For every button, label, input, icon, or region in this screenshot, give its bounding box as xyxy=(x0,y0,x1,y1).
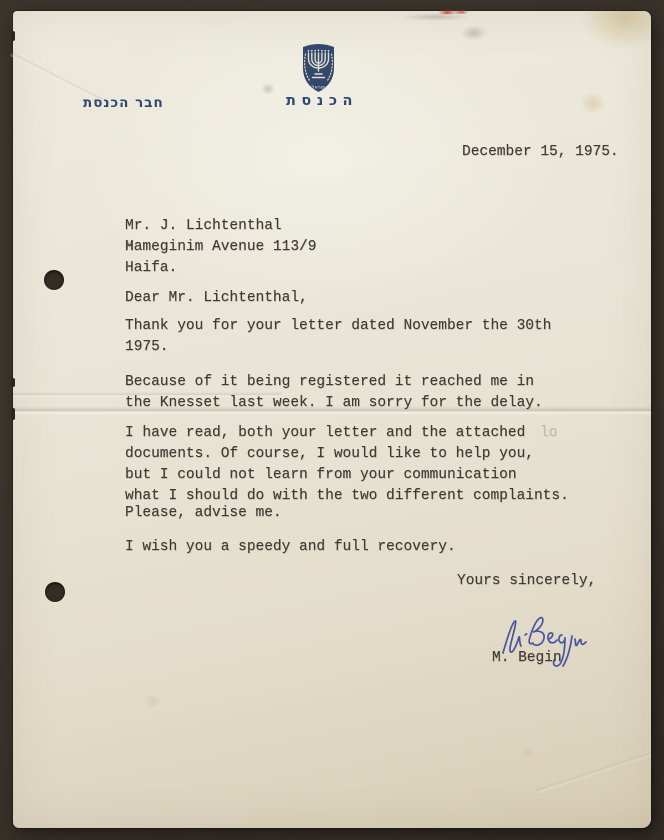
israel-state-emblem-icon: ישראל xyxy=(300,40,337,93)
paragraph-5: I wish you a speedy and full recovery. xyxy=(125,537,456,558)
punch-hole-top xyxy=(44,270,64,290)
typed-signature-name: M. Begin xyxy=(492,648,562,669)
edge-nick xyxy=(11,378,15,387)
date-line: December 15, 1975. xyxy=(462,142,619,163)
paragraph-2: Because of it being registered it reache… xyxy=(125,372,543,414)
recipient-name: Mr. J. Lichtenthal xyxy=(125,216,316,237)
body-line: Because of it being registered it reache… xyxy=(125,372,543,393)
body-line: 1975. xyxy=(125,337,551,358)
bottom-crease xyxy=(535,753,650,794)
edge-nick xyxy=(11,31,15,41)
punch-hole-bottom xyxy=(45,582,65,602)
paragraph-3: I have read, both your letter and the at… xyxy=(125,423,569,507)
salutation: Dear Mr. Lichtenthal, xyxy=(125,288,308,309)
emblem-caption: ישראל xyxy=(312,85,326,91)
recipient-city: Haifa. xyxy=(125,258,316,279)
paragraph-4: Please, advise me. xyxy=(125,503,282,524)
typewriter-overstrike: M xyxy=(125,237,134,258)
erased-typewriter-text: lo xyxy=(540,423,557,444)
body-line: Thank you for your letter dated November… xyxy=(125,316,551,337)
body-line: I have read, both your letter and the at… xyxy=(125,423,569,444)
body-line: documents. Of course, I would like to he… xyxy=(125,444,569,465)
body-line: the Knesset last week. I am sorry for th… xyxy=(125,393,543,414)
scan-background: ישראל הכנסת חבר הכנסת December 15, 1975.… xyxy=(0,0,664,840)
recipient-street: Hameginim Avenue 113/9 xyxy=(125,237,316,258)
edge-nick xyxy=(11,408,15,420)
member-of-knesset-label: חבר הכנסת xyxy=(83,95,164,111)
closing-phrase: Yours sincerely, xyxy=(457,571,596,592)
paragraph-1: Thank you for your letter dated November… xyxy=(125,316,551,358)
pencil-smudge xyxy=(401,13,471,21)
body-line: but I could not learn from your communic… xyxy=(125,465,569,486)
letterhead-org-name: הכנסת xyxy=(259,93,385,109)
pencil-smudge xyxy=(461,25,487,41)
letter-page: ישראל הכנסת חבר הכנסת December 15, 1975.… xyxy=(13,11,651,828)
recipient-address: Mr. J. Lichtenthal Hameginim Avenue 113/… xyxy=(125,216,316,279)
